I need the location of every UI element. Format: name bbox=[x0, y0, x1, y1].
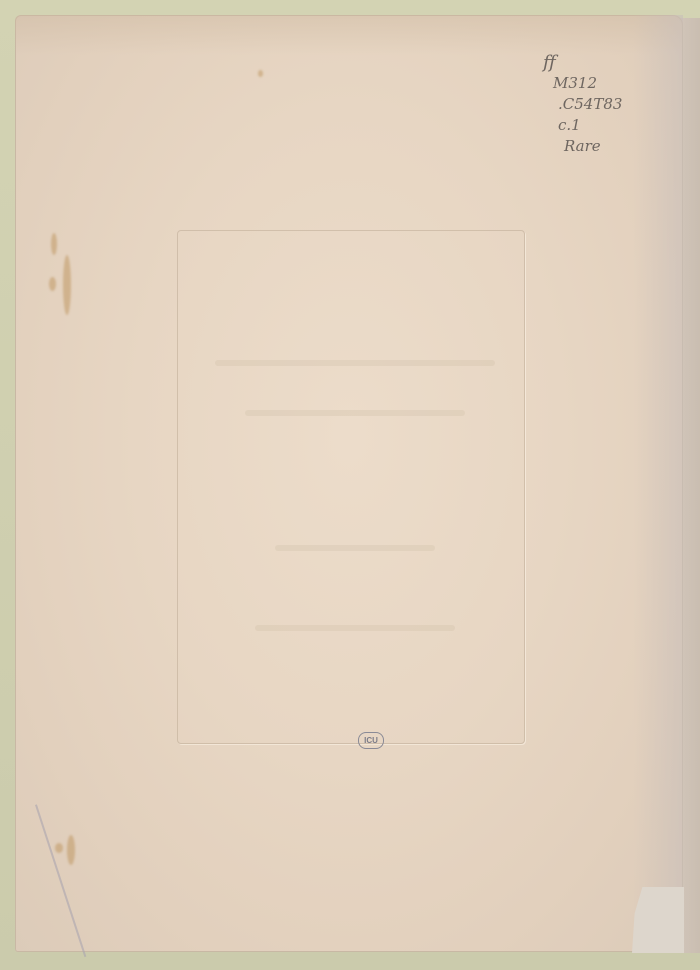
call-number-line: M312 bbox=[553, 73, 650, 94]
call-number-line: c.1 bbox=[558, 115, 650, 136]
show-through-text bbox=[275, 545, 435, 551]
call-number-line: .C54T83 bbox=[558, 94, 650, 115]
library-stamp: ICU bbox=[358, 732, 384, 749]
show-through-text bbox=[255, 625, 455, 631]
foxing-stain bbox=[55, 843, 63, 853]
call-number-line: ff bbox=[543, 52, 650, 73]
show-through-text bbox=[245, 410, 465, 416]
foxing-stain bbox=[258, 70, 263, 77]
fold-crease bbox=[35, 804, 86, 957]
corner-repair-patch bbox=[632, 887, 684, 953]
show-through-text bbox=[215, 360, 495, 366]
plate-mark bbox=[177, 230, 525, 744]
foxing-stain bbox=[63, 255, 71, 315]
call-number-line: Rare bbox=[564, 136, 650, 157]
foxing-stain bbox=[67, 835, 75, 865]
handwritten-call-number: ff M312 .C54T83 c.1 Rare bbox=[540, 52, 650, 157]
foxing-stain bbox=[49, 277, 56, 291]
foxing-stain bbox=[51, 233, 57, 255]
